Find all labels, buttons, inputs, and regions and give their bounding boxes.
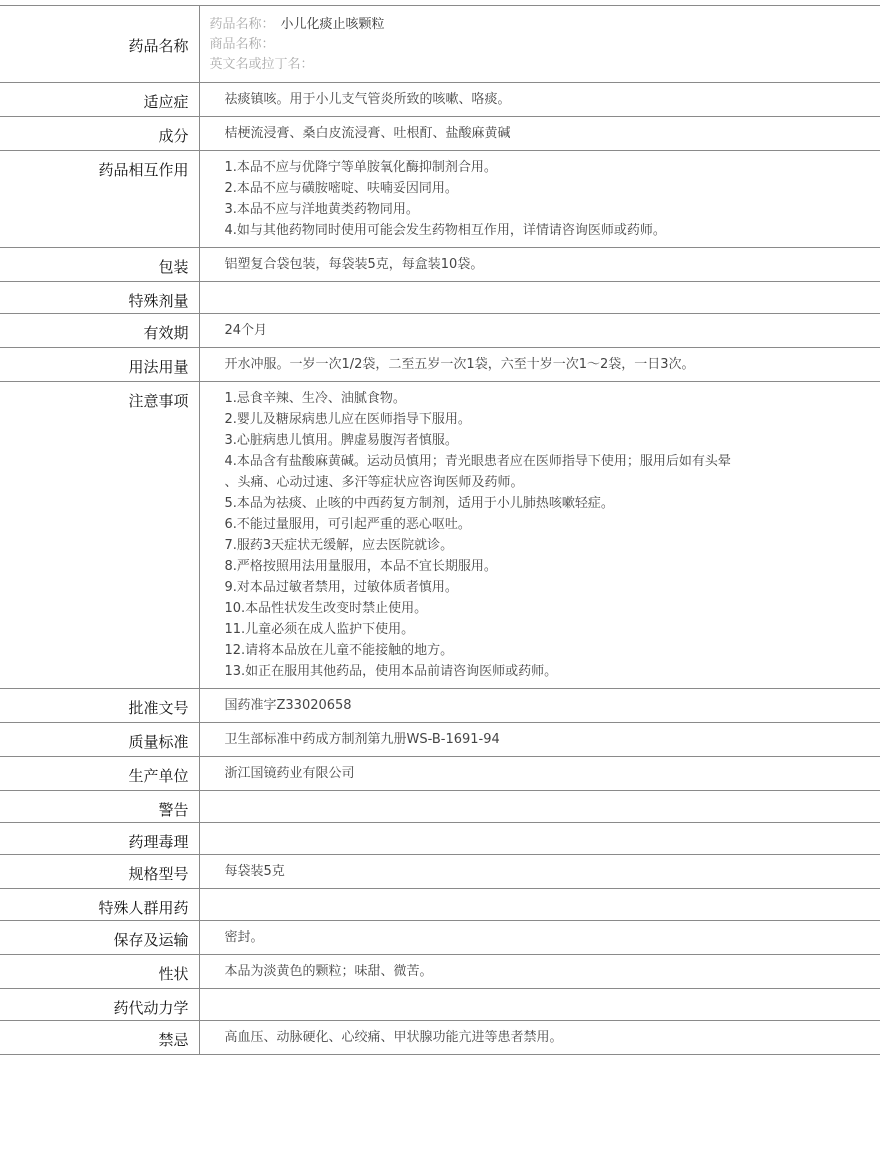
row-label: 禁忌 (0, 1021, 199, 1055)
row-label: 保存及运输 (0, 921, 199, 955)
row-toxicology: 药理毒理 (0, 823, 880, 855)
row-label: 规格型号 (0, 855, 199, 889)
list-item: 4.如与其他药物同时使用可能会发生药物相互作用，详情请咨询医师或药师。 (225, 220, 880, 241)
list-item: 3.本品不应与洋地黄类药物同用。 (225, 199, 880, 220)
row-label: 性状 (0, 955, 199, 989)
list-item: 7.服药3天症状无缓解，应去医院就诊。 (225, 535, 880, 556)
row-label: 成分 (0, 117, 199, 151)
row-value: 铝塑复合袋包装，每袋装5克，每盒装10袋。 (199, 248, 880, 282)
row-label: 生产单位 (0, 757, 199, 791)
row-value (199, 889, 880, 921)
english-name-label: 英文名或拉丁名： (210, 55, 880, 75)
generic-name-value: 小儿化痰止咳颗粒 (281, 17, 385, 32)
list-item: 11.儿童必须在成人监护下使用。 (225, 619, 880, 640)
row-label: 批准文号 (0, 689, 199, 723)
list-item: 2.本品不应与磺胺嘧啶、呋喃妥因同用。 (225, 178, 880, 199)
row-label: 药理毒理 (0, 823, 199, 855)
list-item: 1.忌食辛辣、生冷、油腻食物。 (225, 388, 880, 409)
list-item: 9.对本品过敏者禁用，过敏体质者慎用。 (225, 577, 880, 598)
list-item: 4.本品含有盐酸麻黄碱。运动员慎用；青光眼患者应在医师指导下使用；服用后如有头晕 (225, 451, 880, 472)
row-value: 1.忌食辛辣、生冷、油腻食物。 2.婴儿及糖尿病患儿应在医师指导下服用。 3.心… (199, 382, 880, 689)
list-item: 13.如正在服用其他药品，使用本品前请咨询医师或药师。 (225, 661, 880, 682)
name-block: 药品名称：小儿化痰止咳颗粒 商品名称： 英文名或拉丁名： (199, 6, 880, 83)
list-item: 、头痛、心动过速、多汗等症状应咨询医师及药师。 (225, 472, 880, 493)
row-label: 药代动力学 (0, 989, 199, 1021)
row-approval: 批准文号 国药准字Z33020658 (0, 689, 880, 723)
row-label: 适应症 (0, 83, 199, 117)
row-interactions: 药品相互作用 1.本品不应与优降宁等单胺氧化酶抑制剂合用。 2.本品不应与磺胺嘧… (0, 151, 880, 248)
row-label: 药品相互作用 (0, 151, 199, 248)
list-item: 6.不能过量服用，可引起严重的恶心呕吐。 (225, 514, 880, 535)
list-item: 5.本品为祛痰、止咳的中西药复方制剂，适用于小儿肺热咳嗽轻症。 (225, 493, 880, 514)
row-value: 卫生部标准中药成方制剂第九册WS-B-1691-94 (199, 723, 880, 757)
row-value: 高血压、动脉硬化、心绞痛、甲状腺功能亢进等患者禁用。 (199, 1021, 880, 1055)
row-label: 特殊人群用药 (0, 889, 199, 921)
row-description: 性状 本品为淡黄色的颗粒；味甜、微苦。 (0, 955, 880, 989)
row-value (199, 823, 880, 855)
row-label: 包装 (0, 248, 199, 282)
row-value: 1.本品不应与优降宁等单胺氧化酶抑制剂合用。 2.本品不应与磺胺嘧啶、呋喃妥因同… (199, 151, 880, 248)
row-usage: 用法用量 开水冲服。一岁一次1/2袋，二至五岁一次1袋，六至十岁一次1～2袋，一… (0, 348, 880, 382)
row-value: 桔梗流浸膏、桑白皮流浸膏、吐根酊、盐酸麻黄碱 (199, 117, 880, 151)
row-precautions: 注意事项 1.忌食辛辣、生冷、油腻食物。 2.婴儿及糖尿病患儿应在医师指导下服用… (0, 382, 880, 689)
row-contraindications: 禁忌 高血压、动脉硬化、心绞痛、甲状腺功能亢进等患者禁用。 (0, 1021, 880, 1055)
generic-name-label: 药品名称： (210, 17, 275, 32)
list-item: 8.严格按照用法用量服用，本品不宜长期服用。 (225, 556, 880, 577)
row-storage: 保存及运输 密封。 (0, 921, 880, 955)
row-warning: 警告 (0, 791, 880, 823)
row-drug-name: 药品名称 药品名称：小儿化痰止咳颗粒 商品名称： 英文名或拉丁名： (0, 6, 880, 83)
row-value: 本品为淡黄色的颗粒；味甜、微苦。 (199, 955, 880, 989)
row-value: 密封。 (199, 921, 880, 955)
row-value: 24个月 (199, 314, 880, 348)
list-item: 12.请将本品放在儿童不能接触的地方。 (225, 640, 880, 661)
row-spec: 规格型号 每袋装5克 (0, 855, 880, 889)
row-label: 用法用量 (0, 348, 199, 382)
row-label: 注意事项 (0, 382, 199, 689)
list-item: 3.心脏病患儿慎用。脾虚易腹泻者慎服。 (225, 430, 880, 451)
row-label: 有效期 (0, 314, 199, 348)
list-item: 10.本品性状发生改变时禁止使用。 (225, 598, 880, 619)
row-standard: 质量标准 卫生部标准中药成方制剂第九册WS-B-1691-94 (0, 723, 880, 757)
row-label: 药品名称 (0, 6, 199, 83)
row-value (199, 791, 880, 823)
row-value (199, 282, 880, 314)
row-indications: 适应症 祛痰镇咳。用于小儿支气管炎所致的咳嗽、咯痰。 (0, 83, 880, 117)
row-value: 祛痰镇咳。用于小儿支气管炎所致的咳嗽、咯痰。 (199, 83, 880, 117)
row-label: 质量标准 (0, 723, 199, 757)
list-item: 2.婴儿及糖尿病患儿应在医师指导下服用。 (225, 409, 880, 430)
row-label: 特殊剂量 (0, 282, 199, 314)
row-label: 警告 (0, 791, 199, 823)
row-pharmacokinetics: 药代动力学 (0, 989, 880, 1021)
row-value (199, 989, 880, 1021)
row-special-groups: 特殊人群用药 (0, 889, 880, 921)
row-packaging: 包装 铝塑复合袋包装，每袋装5克，每盒装10袋。 (0, 248, 880, 282)
row-manufacturer: 生产单位 浙江国镜药业有限公司 (0, 757, 880, 791)
row-value: 每袋装5克 (199, 855, 880, 889)
row-special-dosage: 特殊剂量 (0, 282, 880, 314)
trade-name-label: 商品名称： (210, 35, 880, 55)
row-value: 国药准字Z33020658 (199, 689, 880, 723)
row-value: 浙江国镜药业有限公司 (199, 757, 880, 791)
row-ingredients: 成分 桔梗流浸膏、桑白皮流浸膏、吐根酊、盐酸麻黄碱 (0, 117, 880, 151)
list-item: 1.本品不应与优降宁等单胺氧化酶抑制剂合用。 (225, 157, 880, 178)
drug-spec-table: 药品名称 药品名称：小儿化痰止咳颗粒 商品名称： 英文名或拉丁名： 适应症 祛痰… (0, 5, 880, 1055)
row-shelf-life: 有效期 24个月 (0, 314, 880, 348)
row-value: 开水冲服。一岁一次1/2袋，二至五岁一次1袋，六至十岁一次1～2袋，一日3次。 (199, 348, 880, 382)
